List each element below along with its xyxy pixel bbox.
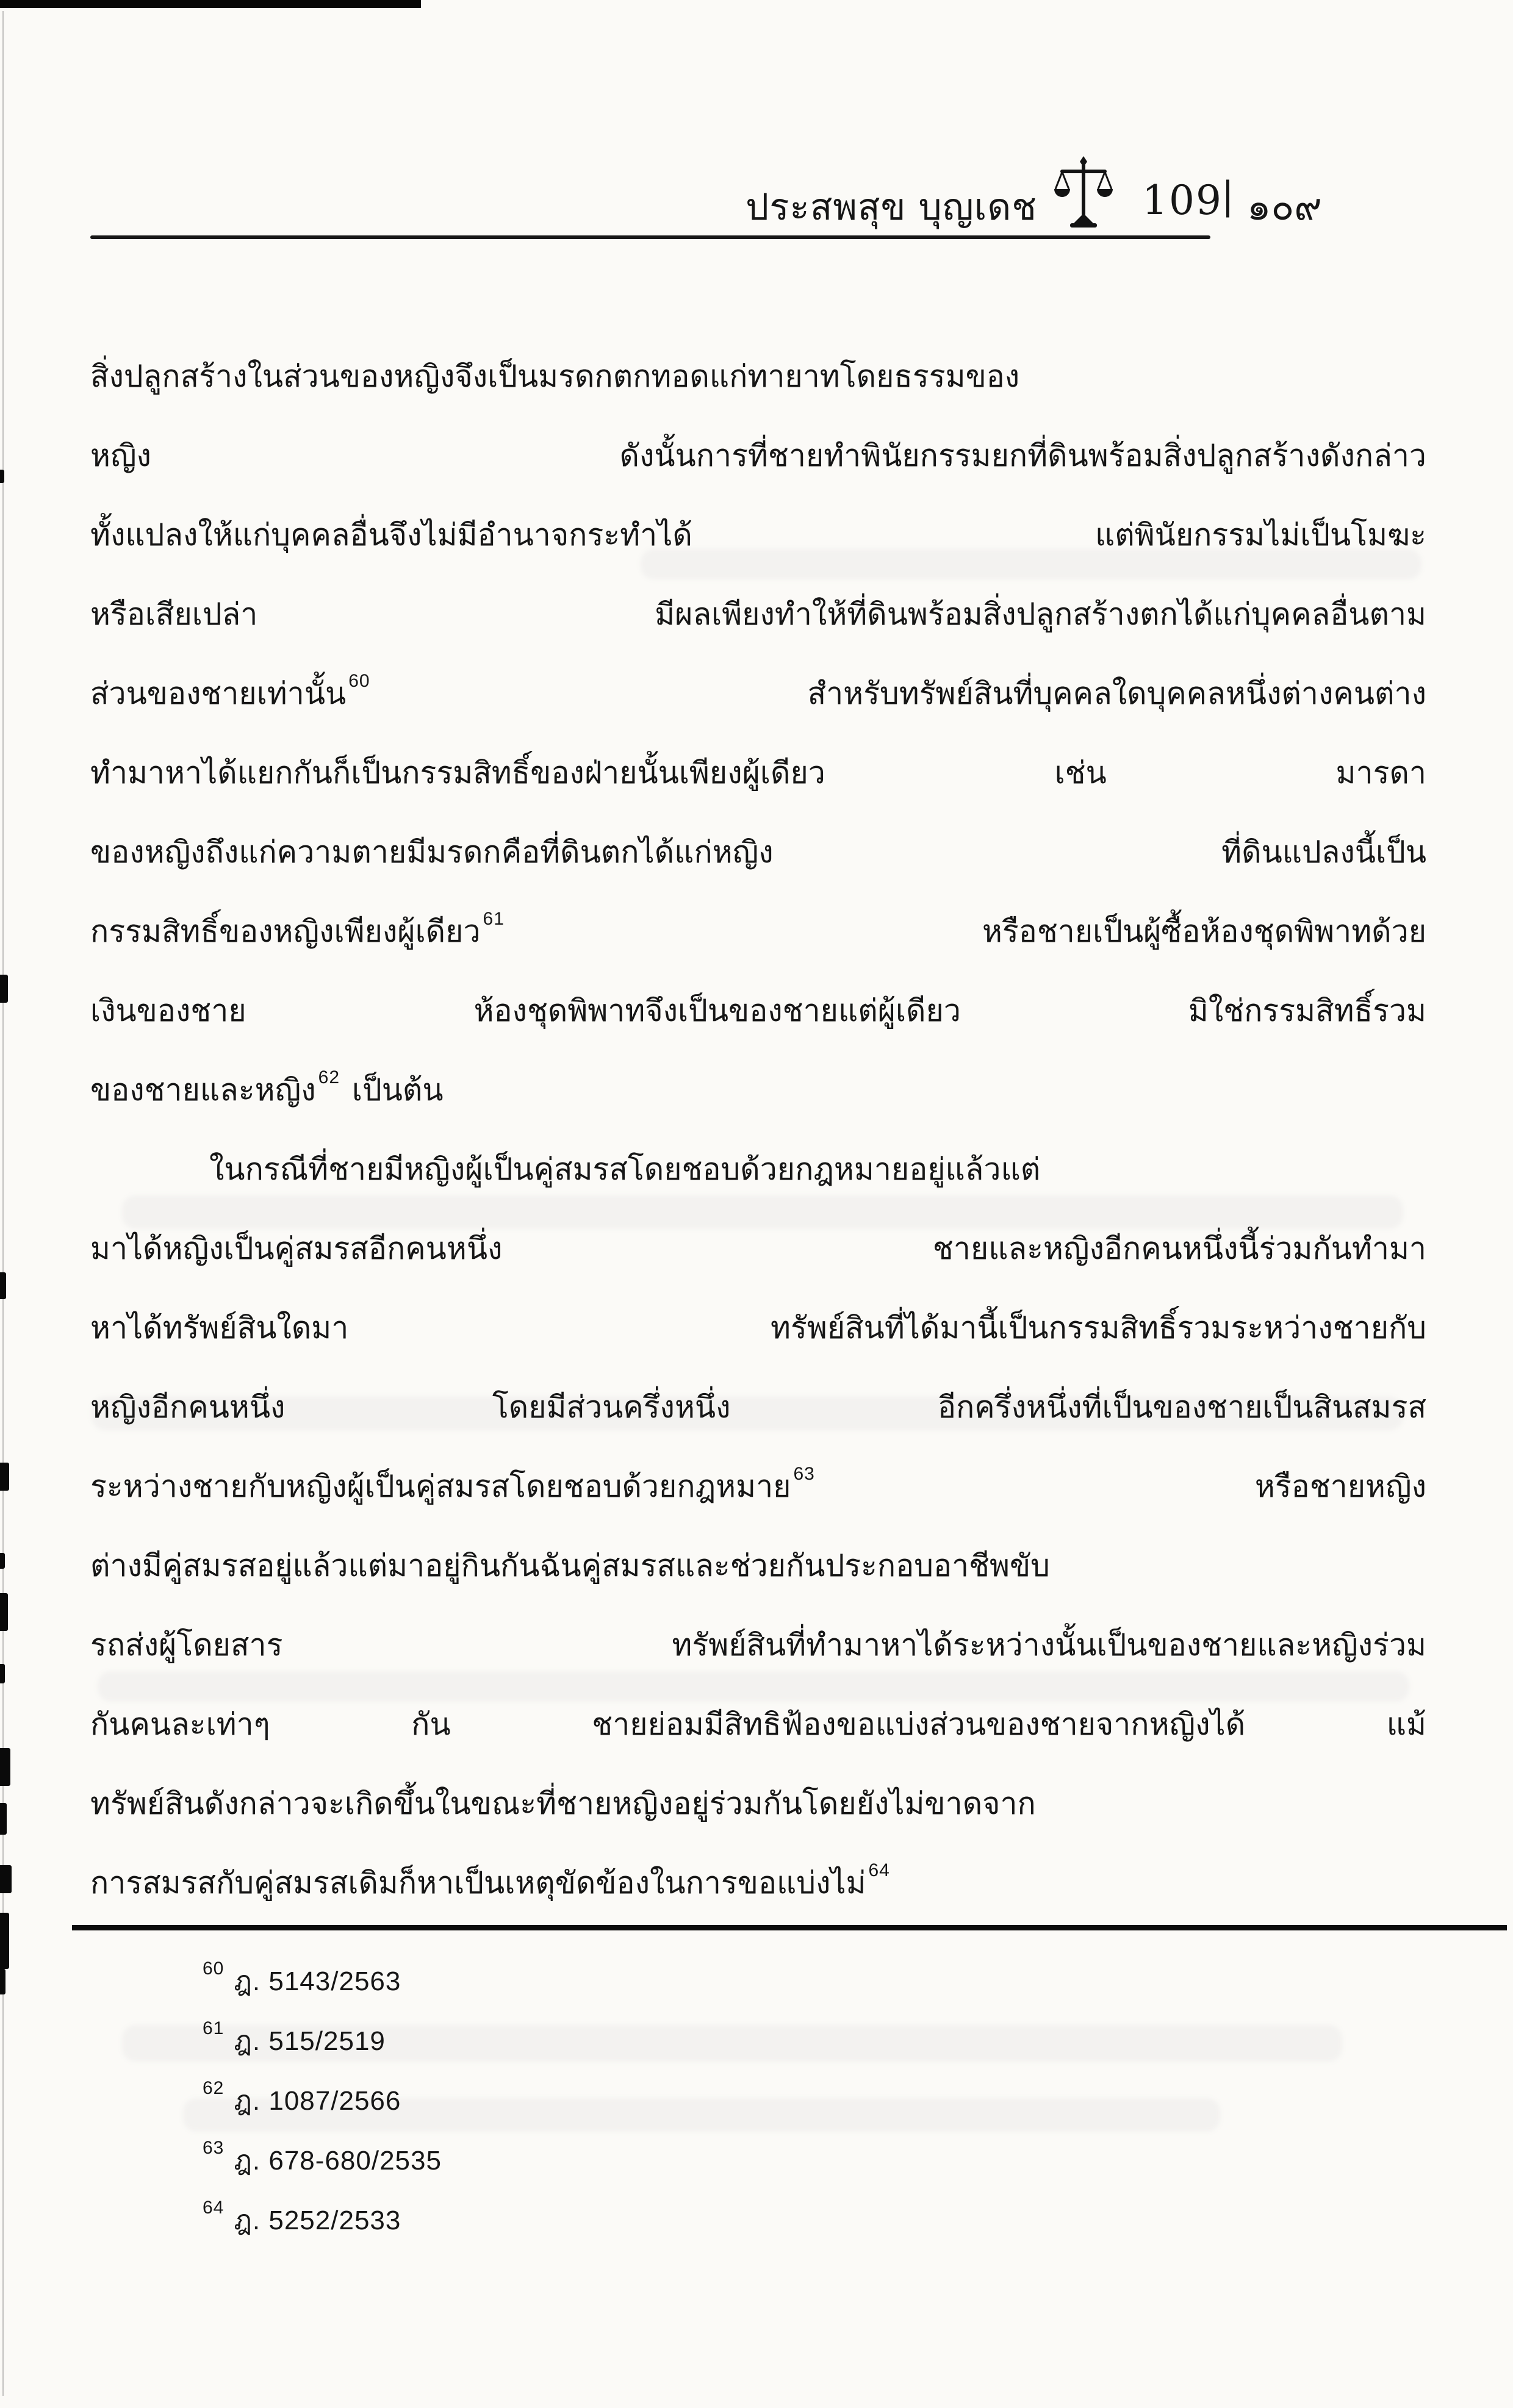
body-line-text: ส่วนของชายเท่านั้น <box>90 676 346 711</box>
footnote-item: 63ฎ. 678-680/2535 <box>203 2131 442 2191</box>
header-rule <box>90 235 1210 239</box>
body-line-text: รถส่งผู้โดยสาร ทรัพย์สินที่ทำมาหาได้ระหว… <box>90 1627 1426 1663</box>
footnote-text: ฎ. 5143/2563 <box>234 1966 401 1996</box>
page-number-divider: | <box>1221 173 1234 218</box>
page-number-thai: ๑๐๙ <box>1247 177 1322 237</box>
body-line-text: ต่างมีคู่สมรสอยู่แล้วแต่มาอยู่กินกันฉันค… <box>90 1548 1050 1583</box>
footnote-item: 62ฎ. 1087/2566 <box>203 2071 442 2131</box>
body-line: ของหญิงถึงแก่ความตายมีมรดกคือที่ดินตกได้… <box>90 812 1426 892</box>
footnote-item: 64ฎ. 5252/2533 <box>203 2191 442 2251</box>
paragraph: สิ่งปลูกสร้างในส่วนของหญิงจึงเป็นมรดกตกท… <box>90 337 1426 1130</box>
footnote-ref: 62 <box>316 1067 342 1088</box>
body-line: รถส่งผู้โดยสาร ทรัพย์สินที่ทำมาหาได้ระหว… <box>90 1605 1426 1685</box>
body-line: ระหว่างชายกับหญิงผู้เป็นคู่สมรสโดยชอบด้ว… <box>90 1447 1426 1526</box>
paragraph: ในกรณีที่ชายมีหญิงผู้เป็นคู่สมรสโดยชอบด้… <box>90 1130 1426 1922</box>
body-line: หรือเสียเปล่า มีผลเพียงทำให้ที่ดินพร้อมส… <box>90 575 1426 654</box>
body-line-text: ทรัพย์สินดังกล่าวจะเกิดขึ้นในขณะที่ชายหญ… <box>90 1786 1036 1821</box>
header-author-name: ประสพสุข บุญเดช <box>746 178 1037 236</box>
footnote-ref: 63 <box>791 1464 817 1484</box>
body-line-text: สิ่งปลูกสร้างในส่วนของหญิงจึงเป็นมรดกตกท… <box>90 359 1019 394</box>
scan-artifact <box>0 1969 5 1994</box>
body-line-text: ในกรณีที่ชายมีหญิงผู้เป็นคู่สมรสโดยชอบด้… <box>209 1152 1040 1187</box>
scan-artifact <box>0 1553 5 1569</box>
body-line-text: หรือชายเป็นผู้ซื้อห้องชุดพิพาทด้วย <box>507 914 1426 949</box>
body-line-text: หรือเสียเปล่า มีผลเพียงทำให้ที่ดินพร้อมส… <box>90 597 1426 632</box>
scan-artifact <box>0 1803 7 1835</box>
scan-artifact <box>0 1593 8 1631</box>
body-line-text: หญิง ดังนั้นการที่ชายทำพินัยกรรมยกที่ดิน… <box>90 438 1426 473</box>
body-line: ทรัพย์สินดังกล่าวจะเกิดขึ้นในขณะที่ชายหญ… <box>90 1764 1426 1843</box>
page-number: 109 <box>1142 177 1223 224</box>
scan-artifact <box>0 975 8 1003</box>
scales-of-justice-icon <box>1053 156 1114 229</box>
footnote-number: 62 <box>203 2078 224 2098</box>
body-line: การสมรสกับคู่สมรสเดิมก็หาเป็นเหตุขัดข้อง… <box>90 1843 1426 1922</box>
body-line: กรรมสิทธิ์ของหญิงเพียงผู้เดียว61 หรือชาย… <box>90 892 1426 971</box>
body-text: สิ่งปลูกสร้างในส่วนของหญิงจึงเป็นมรดกตกท… <box>90 337 1426 1922</box>
body-line: ส่วนของชายเท่านั้น60 สำหรับทรัพย์สินที่บ… <box>90 654 1426 733</box>
top-edge-scan-artifact <box>0 0 421 8</box>
body-line: หญิง ดังนั้นการที่ชายทำพินัยกรรมยกที่ดิน… <box>90 416 1426 495</box>
footnote-number: 60 <box>203 1958 224 1979</box>
body-line-text: กรรมสิทธิ์ของหญิงเพียงผู้เดียว <box>90 914 481 949</box>
body-line-text: ระหว่างชายกับหญิงผู้เป็นคู่สมรสโดยชอบด้ว… <box>90 1469 791 1504</box>
body-line-text: ทำมาหาได้แยกกันก็เป็นกรรมสิทธิ์ของฝ่ายนั… <box>90 755 1426 790</box>
body-line: ทำมาหาได้แยกกันก็เป็นกรรมสิทธิ์ของฝ่ายนั… <box>90 733 1426 812</box>
scan-artifact <box>0 1664 5 1683</box>
footnote-text: ฎ. 1087/2566 <box>234 2086 401 2116</box>
body-line: ในกรณีที่ชายมีหญิงผู้เป็นคู่สมรสโดยชอบด้… <box>90 1130 1426 1209</box>
body-line-text: ทั้งแปลงให้แก่บุคคลอื่นจึงไม่มีอำนาจกระท… <box>90 517 1426 553</box>
body-line: หญิงอีกคนหนึ่ง โดยมีส่วนครึ่งหนึ่ง อีกคร… <box>90 1367 1426 1447</box>
footnote-text: ฎ. 678-680/2535 <box>234 2146 442 2176</box>
footnotes: 60ฎ. 5143/256361ฎ. 515/251962ฎ. 1087/256… <box>203 1952 442 2251</box>
scan-artifact <box>0 1913 9 1969</box>
scan-artifact <box>0 1865 12 1893</box>
body-line-text: ของหญิงถึงแก่ความตายมีมรดกคือที่ดินตกได้… <box>90 834 1426 870</box>
scan-artifact <box>0 1463 9 1491</box>
body-line-text: สำหรับทรัพย์สินที่บุคคลใดบุคคลหนึ่งต่างค… <box>373 676 1426 711</box>
body-line: กันคนละเท่าๆ กัน ชายย่อมมีสิทธิฟ้องขอแบ่… <box>90 1685 1426 1764</box>
footnote-ref: 61 <box>481 909 507 929</box>
body-line-text: หาได้ทรัพย์สินใดมา ทรัพย์สินที่ได้มานี้เ… <box>90 1310 1426 1346</box>
body-line-text: ของชายและหญิง <box>90 1072 316 1108</box>
body-line: ของชายและหญิง62 เป็นต้น <box>90 1050 1426 1130</box>
body-line-text: เป็นต้น <box>342 1072 444 1108</box>
body-line: ต่างมีคู่สมรสอยู่แล้วแต่มาอยู่กินกันฉันค… <box>90 1526 1426 1605</box>
footnote-item: 60ฎ. 5143/2563 <box>203 1952 442 2012</box>
footnote-number: 63 <box>203 2138 224 2158</box>
scan-artifact <box>0 1748 10 1786</box>
footnote-number: 61 <box>203 2018 224 2038</box>
left-page-edge-shadow <box>2 11 4 2396</box>
body-line: ทั้งแปลงให้แก่บุคคลอื่นจึงไม่มีอำนาจกระท… <box>90 495 1426 575</box>
scan-artifact <box>0 470 4 483</box>
body-line-text: หญิงอีกคนหนึ่ง โดยมีส่วนครึ่งหนึ่ง อีกคร… <box>90 1389 1426 1425</box>
body-line: หาได้ทรัพย์สินใดมา ทรัพย์สินที่ได้มานี้เ… <box>90 1288 1426 1367</box>
body-line-text: มาได้หญิงเป็นคู่สมรสอีกคนหนึ่ง ชายและหญิ… <box>90 1231 1426 1266</box>
body-line: เงินของชาย ห้องชุดพิพาทจึงเป็นของชายแต่ผ… <box>90 971 1426 1050</box>
footnote-text: ฎ. 5252/2533 <box>234 2206 401 2235</box>
body-line: สิ่งปลูกสร้างในส่วนของหญิงจึงเป็นมรดกตกท… <box>90 337 1426 416</box>
scan-artifact <box>0 1272 6 1299</box>
footnote-separator <box>72 1925 1507 1930</box>
scanned-book-page: { "colors": { "paper": "#fbfaf7", "ink":… <box>0 0 1513 2408</box>
footnote-ref: 64 <box>866 1860 892 1880</box>
footnote-item: 61ฎ. 515/2519 <box>203 2012 442 2071</box>
body-line-text: กันคนละเท่าๆ กัน ชายย่อมมีสิทธิฟ้องขอแบ่… <box>90 1707 1426 1742</box>
body-line: มาได้หญิงเป็นคู่สมรสอีกคนหนึ่ง ชายและหญิ… <box>90 1209 1426 1288</box>
footnote-ref: 60 <box>346 671 372 691</box>
body-line-text: การสมรสกับคู่สมรสเดิมก็หาเป็นเหตุขัดข้อง… <box>90 1865 866 1901</box>
footnote-text: ฎ. 515/2519 <box>234 2026 386 2056</box>
body-line-text: เงินของชาย ห้องชุดพิพาทจึงเป็นของชายแต่ผ… <box>90 993 1426 1028</box>
footnote-number: 64 <box>203 2198 224 2218</box>
body-line-text: หรือชายหญิง <box>818 1469 1426 1504</box>
